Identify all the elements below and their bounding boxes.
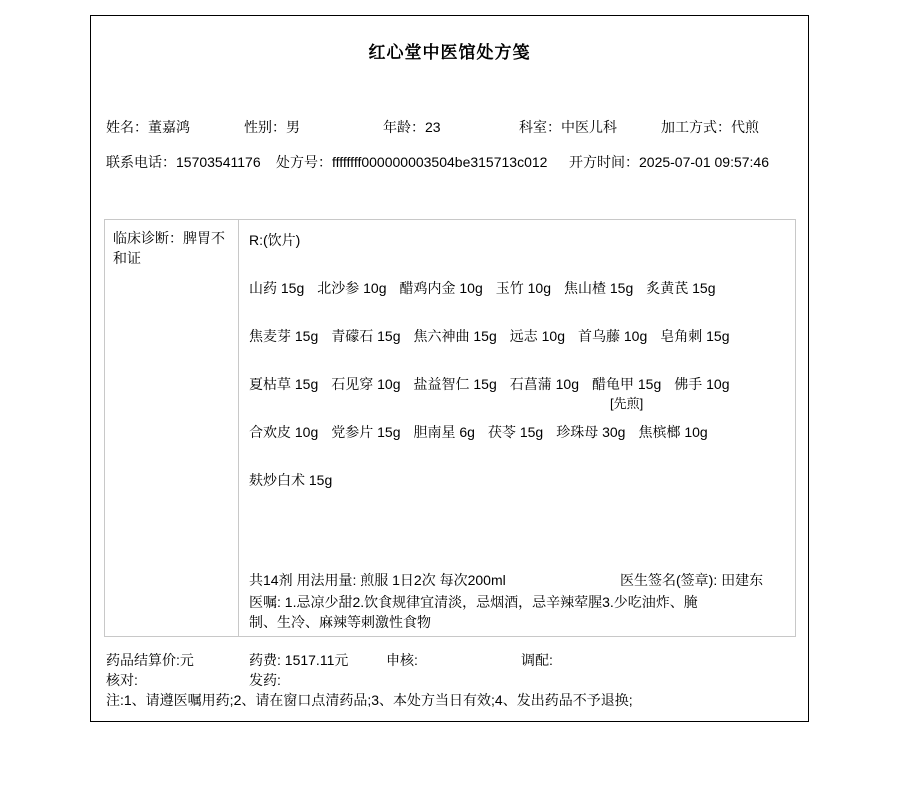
medicine-fee-label: 药费: — [249, 652, 285, 668]
rx-number-field: 处方号：ffffffff000000003504be315713c012 — [276, 152, 547, 172]
medicine-row: 合欢皮 10g党参片 15g胆南星 6g茯苓 15g珍珠母 30g焦槟榔 10g — [249, 422, 789, 442]
medicine-row: 山药 15g北沙参 10g醋鸡内金 10g玉竹 10g焦山楂 15g炙黄芪 15… — [249, 278, 789, 298]
process-method-label: 加工方式： — [661, 119, 731, 135]
prescription-sheet: 红心堂中医馆处方笺 姓名：董嘉鸿 性别：男 年龄：23 科室：中医儿科 加工方式… — [90, 15, 809, 722]
page-title: 红心堂中医馆处方笺 — [91, 38, 808, 63]
medicine-item: 北沙参 10g — [317, 278, 386, 298]
footer-note: 注:1、请遵医嘱用药;2、请在窗口点清药品;3、本处方当日有效;4、发出药品不予… — [106, 690, 633, 710]
dispense-prep-field: 调配: — [521, 650, 553, 670]
rx-time-field: 开方时间：2025-07-01 09:57:46 — [569, 152, 769, 172]
patient-name-field: 姓名：董嘉鸿 — [106, 117, 190, 137]
medicine-item: 佛手 10g — [674, 374, 729, 394]
medical-advice: 医嘱: 1.忌凉少甜2.饮食规律宜清淡，忌烟酒，忌辛辣荤腥3.少吃油炸、腌制、生… — [249, 592, 723, 632]
medicine-item: 炙黄芪 15g — [646, 278, 715, 298]
review-field: 申核: — [386, 650, 418, 670]
medicine-item: 皂角刺 15g — [660, 326, 729, 346]
medicine-item: 麸炒白术 15g — [249, 470, 332, 490]
phone-label: 联系电话： — [106, 154, 176, 170]
medicine-item: 焦山楂 15g — [564, 278, 633, 298]
rx-header: R:(饮片) — [249, 230, 300, 250]
rx-time-value: 2025-07-01 09:57:46 — [639, 154, 769, 170]
medicine-item: 珍珠母 30g — [556, 422, 625, 442]
settle-price-value: 元 — [180, 652, 194, 668]
settle-price-label: 药品结算价: — [106, 652, 180, 668]
medicine-item: 山药 15g — [249, 278, 304, 298]
medicine-item: 焦槟榔 10g — [638, 422, 707, 442]
medicine-item: 夏枯草 15g — [249, 374, 318, 394]
medicine-item: 合欢皮 10g — [249, 422, 318, 442]
medicine-item: 远志 10g — [510, 326, 565, 346]
patient-info-row-1: 姓名：董嘉鸿 性别：男 年龄：23 科室：中医儿科 加工方式：代煎 — [91, 117, 808, 137]
patient-age-value: 23 — [425, 119, 441, 135]
phone-field: 联系电话：15703541176 — [106, 152, 261, 172]
doctor-signature: 医生签名(签章): 田建东 — [620, 570, 763, 590]
medicine-row: 夏枯草 15g石见穿 10g盐益智仁 15g石菖蒲 10g醋龟甲 15g[先煎]… — [249, 374, 789, 394]
page-background: { "title": "红心堂中医馆处方笺", "patient": { "na… — [0, 0, 900, 800]
process-method-value: 代煎 — [731, 119, 759, 135]
check-field: 核对: — [106, 670, 138, 690]
clinical-diagnosis: 临床诊断：脾胃不和证 — [105, 220, 239, 636]
footer-row-2: 核对: 发药: — [91, 670, 808, 690]
rx-number-label: 处方号： — [276, 154, 332, 170]
medicine-item: 青礞石 15g — [331, 326, 400, 346]
footer-row-1: 药品结算价:元 药费: 1517.11元 申核: 调配: — [91, 650, 808, 670]
patient-gender-label: 性别： — [244, 119, 286, 135]
patient-age-field: 年龄：23 — [383, 117, 441, 137]
patient-gender-field: 性别：男 — [244, 117, 300, 137]
medicine-item: 醋龟甲 15g[先煎] — [592, 374, 661, 394]
medicine-item: 醋鸡内金 10g — [400, 278, 483, 298]
medicine-item: 盐益智仁 15g — [414, 374, 497, 394]
patient-name-value: 董嘉鸿 — [148, 119, 190, 135]
usage-instructions: 共14剂 用法用量: 煎服 1日2次 每次200ml — [249, 570, 506, 590]
medicine-list: 山药 15g北沙参 10g醋鸡内金 10g玉竹 10g焦山楂 15g炙黄芪 15… — [249, 278, 789, 518]
medicine-row: 焦麦芽 15g青礞石 15g焦六神曲 15g远志 10g首乌藤 10g皂角刺 1… — [249, 326, 789, 346]
process-method-field: 加工方式：代煎 — [661, 117, 759, 137]
medicine-item: 茯苓 15g — [488, 422, 543, 442]
medicine-item: 首乌藤 10g — [578, 326, 647, 346]
patient-info-row-2: 联系电话：15703541176 处方号：ffffffff00000000350… — [91, 152, 808, 172]
medicine-fee-value: 1517.11元 — [285, 652, 349, 668]
patient-name-label: 姓名： — [106, 119, 148, 135]
medicine-row: 麸炒白术 15g — [249, 470, 789, 490]
patient-dept-field: 科室：中医儿科 — [519, 117, 617, 137]
patient-dept-value: 中医儿科 — [561, 119, 617, 135]
medicine-fee-field: 药费: 1517.11元 — [249, 650, 348, 670]
medicine-item: 焦麦芽 15g — [249, 326, 318, 346]
medicine-item: 焦六神曲 15g — [414, 326, 497, 346]
rx-number-value: ffffffff000000003504be315713c012 — [332, 154, 547, 170]
medicine-item: 玉竹 10g — [496, 278, 551, 298]
medicine-item: 石见穿 10g — [331, 374, 400, 394]
medicine-note: [先煎] — [610, 394, 643, 414]
rx-time-label: 开方时间： — [569, 154, 639, 170]
medicine-item: 胆南星 6g — [414, 422, 475, 442]
medicine-item: 石菖蒲 10g — [510, 374, 579, 394]
patient-age-label: 年龄： — [383, 119, 425, 135]
settle-price-field: 药品结算价:元 — [106, 650, 194, 670]
patient-dept-label: 科室： — [519, 119, 561, 135]
prescription-body-box: 临床诊断：脾胃不和证 R:(饮片) 山药 15g北沙参 10g醋鸡内金 10g玉… — [104, 219, 796, 637]
phone-value: 15703541176 — [176, 154, 261, 170]
patient-gender-value: 男 — [286, 119, 300, 135]
medicine-item: 党参片 15g — [331, 422, 400, 442]
prescription-content: R:(饮片) 山药 15g北沙参 10g醋鸡内金 10g玉竹 10g焦山楂 15… — [239, 220, 795, 636]
dispense-field: 发药: — [249, 670, 281, 690]
